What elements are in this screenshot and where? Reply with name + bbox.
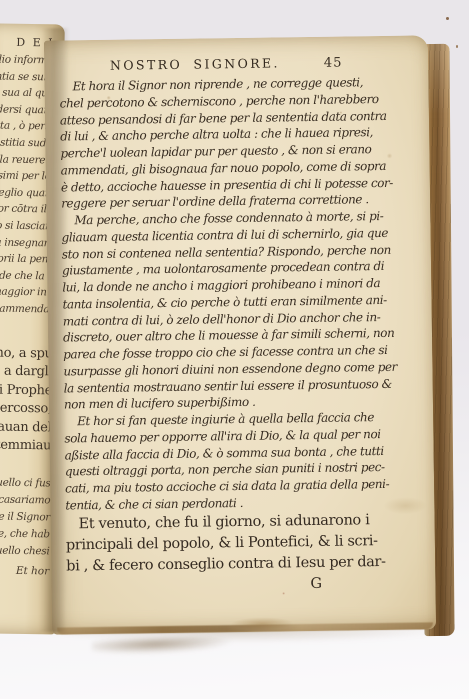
photo-background: D E L i meglio informatla sententia se s… (0, 0, 469, 699)
left-page-fragments-bottom: i noi quello ci fusdo, o casariamoli pen… (0, 476, 51, 562)
running-header-title: NOSTRO SIGNORE. (110, 55, 280, 72)
paragraph-4: Et venuto, che fu il giorno, si adunaron… (65, 509, 400, 577)
left-page-fragments-middle: rono, a spufaccia, a darglidirgli Prophe… (0, 345, 53, 457)
paragraph-3: Et hor si fan queste ingiurie à quella b… (64, 409, 399, 514)
paragraph-1: Et hora il Signor non riprende , ne corr… (59, 74, 395, 213)
left-page-catchword: Et hor (0, 564, 49, 577)
page-number: 45 (324, 56, 343, 71)
running-header: NOSTRO SIGNORE. 45 (59, 54, 393, 77)
right-page-text-block: NOSTRO SIGNORE. 45 Et hora il Signor non… (44, 35, 436, 634)
right-page: NOSTRO SIGNORE. 45 Et hora il Signor non… (44, 35, 436, 634)
paragraph-2: Ma perche, ancho che fosse condennato à … (61, 208, 398, 414)
dust-speck (446, 17, 449, 20)
dust-speck (456, 45, 458, 48)
